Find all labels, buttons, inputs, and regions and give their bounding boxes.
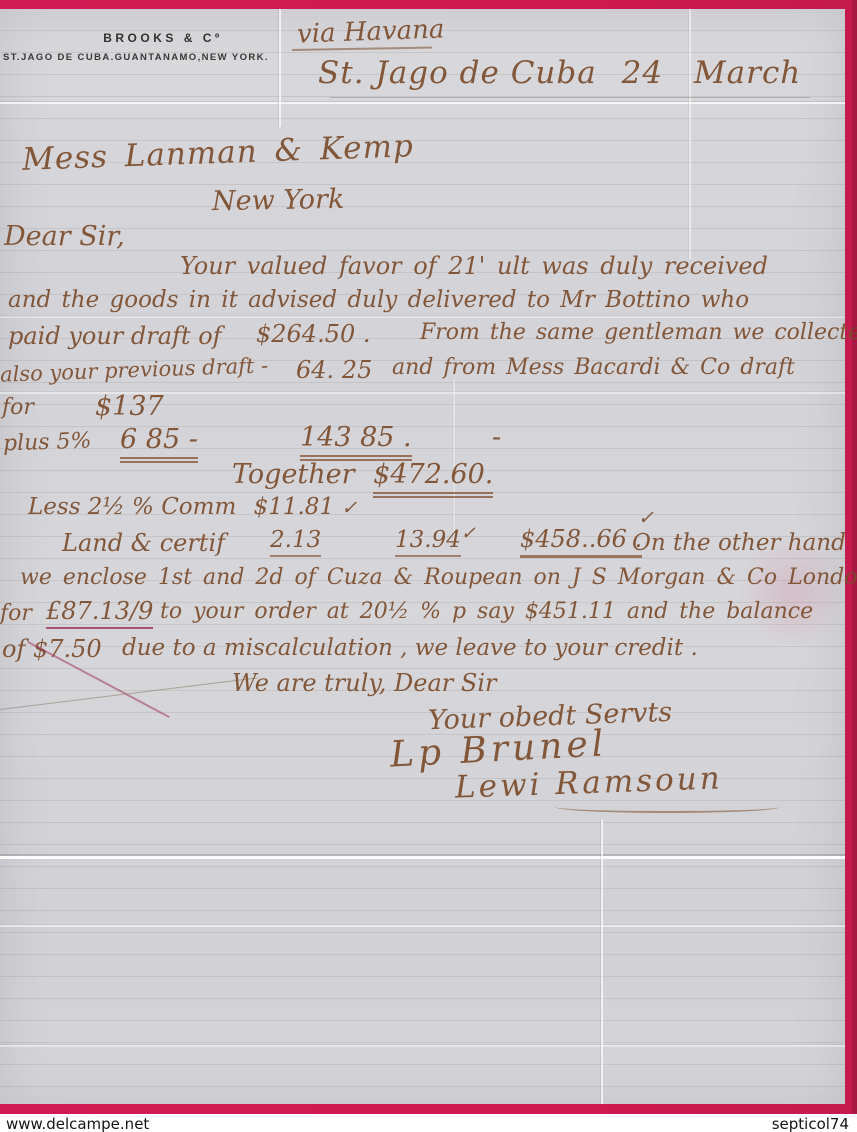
body-line-12b: due to a miscalculation , we leave to yo… [122,635,698,661]
body-line-2: and the goods in it advised duly deliver… [8,287,749,313]
fold-crease [0,101,845,104]
check-icon: ✓ [638,507,654,529]
crimson-border-shadow-edge [852,0,857,1114]
body-line-5a: for [2,395,34,420]
body-line-6a: plus 5% [3,428,92,456]
watermark-septicol74: septicol74 [772,1115,849,1132]
fold-crease [688,9,691,259]
fold-crease [600,819,603,1104]
body-line-3a: paid your draft of [8,322,222,350]
fold-crease [0,854,845,859]
body-line-6d-dash: - [492,422,501,453]
body-line-5b-amount: $137 [95,391,164,422]
fold-crease [0,924,845,927]
body-line-9d-amount: $458..66 . [520,525,642,553]
route-note: via Havana [297,14,445,49]
body-line-6b-amount: 6 85 - [120,424,198,455]
body-line-11c: to your order at 20½ % p say $451.11 and… [160,599,813,624]
dateline-place: St. Jago de Cuba [318,55,597,91]
scanned-letter-page: BROOKS & Cº ST.JAGO DE CUBA.GUANTANAMO,N… [0,0,857,1132]
body-line-1: Your valued favor of 21' ult was duly re… [180,252,768,280]
body-line-10: we enclose 1st and 2d of Cuza & Roupean … [20,565,857,590]
dateline: St. Jago de Cuba 24 March 18 77 [318,55,857,91]
body-line-11a: for [0,601,32,626]
fold-crease [278,9,281,127]
body-line-3c: From the same gentleman we collected [420,320,857,345]
check-icon: ✓ [461,523,476,544]
salutation: Dear Sir, [4,221,125,252]
recipient-name: Mess Lanman & Kemp [21,128,414,178]
body-line-9e: On the other hand [632,530,846,556]
body-line-4a: also your previous draft - [0,353,269,386]
recipient-city: New York [212,184,345,217]
fold-crease [0,1044,845,1047]
letterhead-address: ST.JAGO DE CUBA.GUANTANAMO,NEW YORK. [0,52,272,63]
body-line-13: We are truly, Dear Sir [232,669,496,697]
body-line-7-total: Together $472.60. [232,459,493,490]
body-line-8-commission: Less 2½ % Comm $11.81 ✓ [28,494,357,520]
body-line-11b-amount: £87.13/9 [46,597,153,625]
body-line-12a-amount: of $7.50 [2,635,102,663]
body-line-4c: and from Mess Bacardi & Co draft [392,355,795,380]
body-line-3b-amount: $264.50 . [256,320,371,348]
letter-paper: BROOKS & Cº ST.JAGO DE CUBA.GUANTANAMO,N… [0,9,845,1104]
dateline-month: March [694,55,801,91]
pencil-line [0,677,258,710]
body-line-9a: Land & certif [62,529,225,557]
check-icon: ✓ [341,497,357,519]
signature-flourish [555,801,780,813]
body-line-9b-amount: 2.13 [270,527,321,553]
fold-crease [0,315,845,318]
body-line-9c-amount: 13.94✓ [395,527,476,553]
dateline-day: 24 [622,55,663,91]
body-line-6c-amount: 143 85 . [300,422,412,453]
body-line-4b-amount: 64. 25 [296,356,372,384]
letterhead-company: BROOKS & Cº [58,31,268,45]
watermark-delcampe: www.delcampe.net [6,1115,149,1132]
printed-date-rule [330,97,810,98]
